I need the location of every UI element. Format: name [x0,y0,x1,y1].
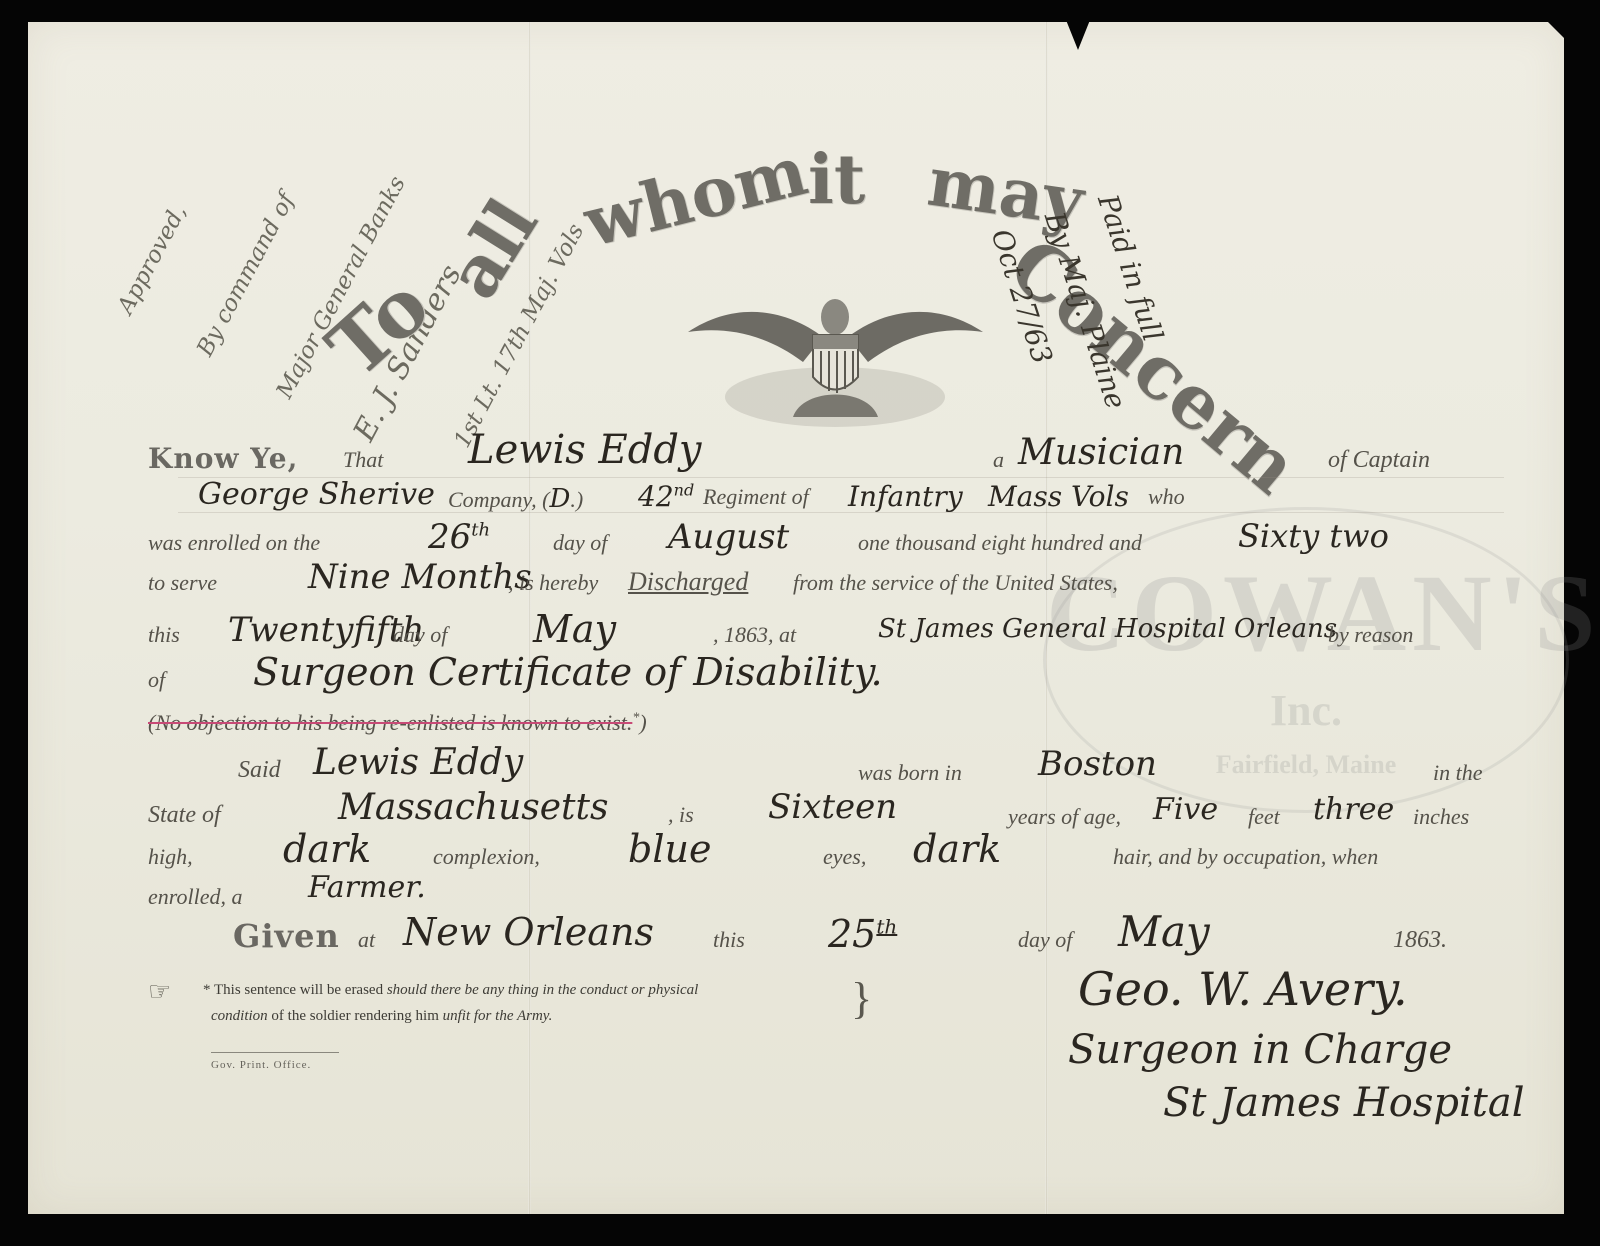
label-at: at [358,927,375,953]
torn-notch [1066,20,1090,50]
label-by-reason: by reason [1328,622,1413,648]
soldier-name-repeat: Lewis Eddy [313,742,523,783]
given-month: May [1118,907,1210,956]
label-of-captain: of Captain [1328,447,1430,474]
soldier-rank: Musician [1018,432,1184,473]
arm-of-service: Infantry [848,480,963,513]
label-company: Company, (D.) [448,484,583,514]
height-feet: Five [1153,792,1218,827]
discharge-certificate-paper: COWAN'S Inc. Fairfield, Maine Approved, … [28,22,1564,1214]
surgeon-signature: Geo. W. Avery. [1078,962,1408,1016]
eye-color: blue [628,827,711,871]
pointing-hand-icon: ☞ [148,977,171,1007]
given-year: 1863. [1393,927,1447,954]
label-enrolled-on: was enrolled on the [148,530,320,556]
reenlist-clause-struck: (No objection to his being re-enlisted i… [148,710,647,736]
given-day: 25th [828,912,897,956]
label-day-of: day of [393,622,447,648]
label-in-the: in the [1433,760,1483,786]
hair-color: dark [913,827,1001,871]
label-this: this [148,622,180,648]
title-word: whom [577,131,815,263]
soldier-age: Sixteen [768,787,897,827]
birth-state: Massachusetts [338,787,608,828]
title-word: it [808,140,865,220]
height-inches: three [1313,792,1394,827]
term-of-service: Nine Months [308,557,532,597]
footnote: * This sentence will be erased should th… [203,977,698,1029]
label-a: a [993,447,1004,473]
enrollment-month: August [668,517,789,557]
surgeon-title: Surgeon in Charge [1068,1027,1452,1073]
discharge-place: St James General Hospital Orleans [878,614,1337,644]
know-ye-heading: Know Ye, [148,442,298,475]
label-service-of-us: from the service of the United States, [793,570,1118,596]
label-day-of: day of [553,530,607,556]
enrollment-year: Sixty two [1238,517,1389,555]
brace-icon: } [851,977,872,1021]
captain-name: George Sherive [198,477,435,512]
label-hereby: , is hereby [508,570,598,596]
label-hair-occupation: hair, and by occupation, when [1113,844,1378,870]
occupation: Farmer. [308,870,426,905]
label-state-of: State of [148,802,221,829]
printer-imprint: Gov. Print. Office. [211,1052,339,1071]
label-day-of: day of [1018,927,1072,953]
label-feet: feet [1248,804,1280,830]
discharge-reason: Surgeon Certificate of Disability. [253,650,883,694]
label-said: Said [238,757,281,784]
label-year-at: , 1863, at [713,622,796,648]
label-that: That [343,447,383,473]
label-of: of [148,667,165,693]
label-inches: inches [1413,804,1469,830]
birth-town: Boston [1038,744,1157,784]
hospital-name: St James Hospital [1163,1080,1525,1126]
eagle-shield-icon [683,277,988,427]
label-year-prefix: one thousand eight hundred and [858,530,1142,556]
complexion: dark [283,827,371,871]
label-eyes: eyes, [823,844,866,870]
discharge-month: May [533,607,616,651]
given-heading: Given [233,917,340,955]
label-who: who [1148,484,1185,510]
company-letter: D [549,484,570,514]
label-is: , is [668,802,694,828]
label-discharged: Discharged [628,567,748,597]
watermark-sub: Inc. [1046,685,1566,736]
unit-state: Mass Vols [988,480,1129,513]
label-enrolled-a: enrolled, a [148,884,243,910]
label-this: this [713,927,745,953]
label-years-of-age: years of age, [1008,804,1121,830]
soldier-name: Lewis Eddy [468,427,702,473]
given-place: New Orleans [403,910,654,954]
regiment-number: 42nd [638,480,694,513]
label-to-serve: to serve [148,570,217,596]
label-regiment-of: Regiment of [703,484,809,510]
clipped-corner [1546,20,1566,40]
label-complexion: complexion, [433,844,540,870]
enrollment-day: 26th [428,517,490,557]
label-high: high, [148,844,193,870]
label-born-in: was born in [858,760,962,786]
